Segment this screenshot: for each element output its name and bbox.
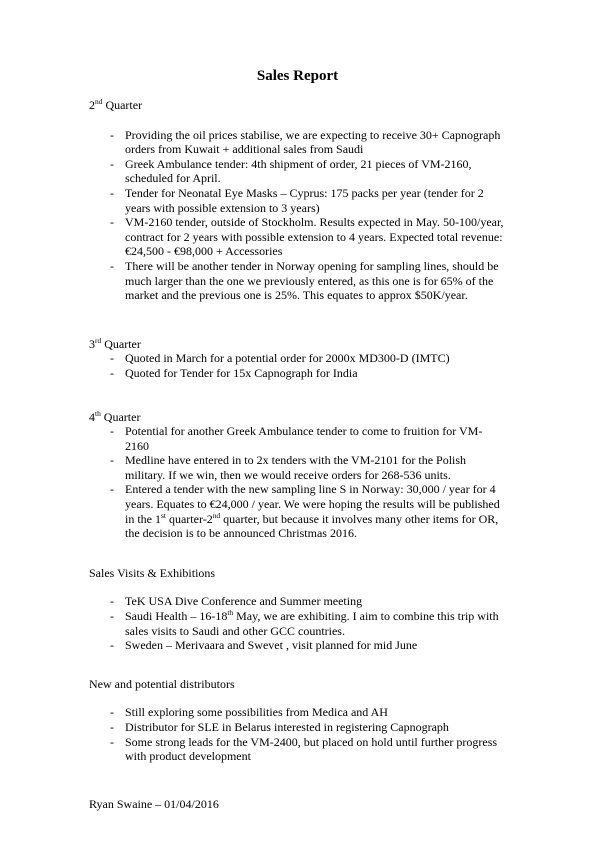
bullet-item: Medline have entered in to 2x tenders wi…	[89, 453, 506, 482]
bullet-item: VM-2160 tender, outside of Stockholm. Re…	[89, 215, 506, 259]
bullet-item: Still exploring some possibilities from …	[89, 705, 506, 720]
section-sales-visits: Sales Visits & Exhibitions TeK USA Dive …	[89, 566, 506, 653]
bullet-item: Quoted in March for a potential order fo…	[89, 351, 506, 366]
section-heading-distributors: New and potential distributors	[89, 677, 506, 692]
bullet-list-distributors: Still exploring some possibilities from …	[89, 705, 506, 763]
bullet-item: Quoted for Tender for 15x Capnograph for…	[89, 366, 506, 381]
document-content: Sales Report 2nd Quarter Providing the o…	[0, 0, 595, 811]
bullet-list-sales-visits: TeK USA Dive Conference and Summer meeti…	[89, 594, 506, 652]
section-heading-sales-visits: Sales Visits & Exhibitions	[89, 566, 506, 581]
bullet-item: Sweden – Merivaara and Swevet , visit pl…	[89, 638, 506, 653]
bullet-item: Potential for another Greek Ambulance te…	[89, 424, 506, 453]
bullet-list-quarter-2: Providing the oil prices stabilise, we a…	[89, 128, 506, 303]
bullet-item: Providing the oil prices stabilise, we a…	[89, 128, 506, 157]
section-heading-quarter-3: 3rd Quarter	[89, 337, 506, 352]
bullet-list-quarter-4: Potential for another Greek Ambulance te…	[89, 424, 506, 541]
section-distributors: New and potential distributors Still exp…	[89, 677, 506, 764]
section-quarter-4: 4th Quarter Potential for another Greek …	[89, 410, 506, 541]
bullet-item: There will be another tender in Norway o…	[89, 259, 506, 303]
bullet-item: Some strong leads for the VM-2400, but p…	[89, 735, 506, 764]
footer-author-date: Ryan Swaine – 01/04/2016	[89, 797, 506, 812]
document-page: Sales Report 2nd Quarter Providing the o…	[0, 0, 595, 842]
section-heading-quarter-4: 4th Quarter	[89, 410, 506, 425]
bullet-item: Tender for Neonatal Eye Masks – Cyprus: …	[89, 186, 506, 215]
document-title: Sales Report	[89, 67, 506, 85]
bullet-item: Saudi Health – 16-18th May, we are exhib…	[89, 609, 506, 638]
section-heading-quarter-2: 2nd Quarter	[89, 98, 506, 113]
bullet-item: TeK USA Dive Conference and Summer meeti…	[89, 594, 506, 609]
section-quarter-3: 3rd Quarter Quoted in March for a potent…	[89, 337, 506, 381]
bullet-item: Greek Ambulance tender: 4th shipment of …	[89, 157, 506, 186]
bullet-item: Distributor for SLE in Belarus intereste…	[89, 720, 506, 735]
section-quarter-2: 2nd Quarter Providing the oil prices sta…	[89, 98, 506, 303]
bullet-list-quarter-3: Quoted in March for a potential order fo…	[89, 351, 506, 380]
bullet-item: Entered a tender with the new sampling l…	[89, 482, 506, 540]
